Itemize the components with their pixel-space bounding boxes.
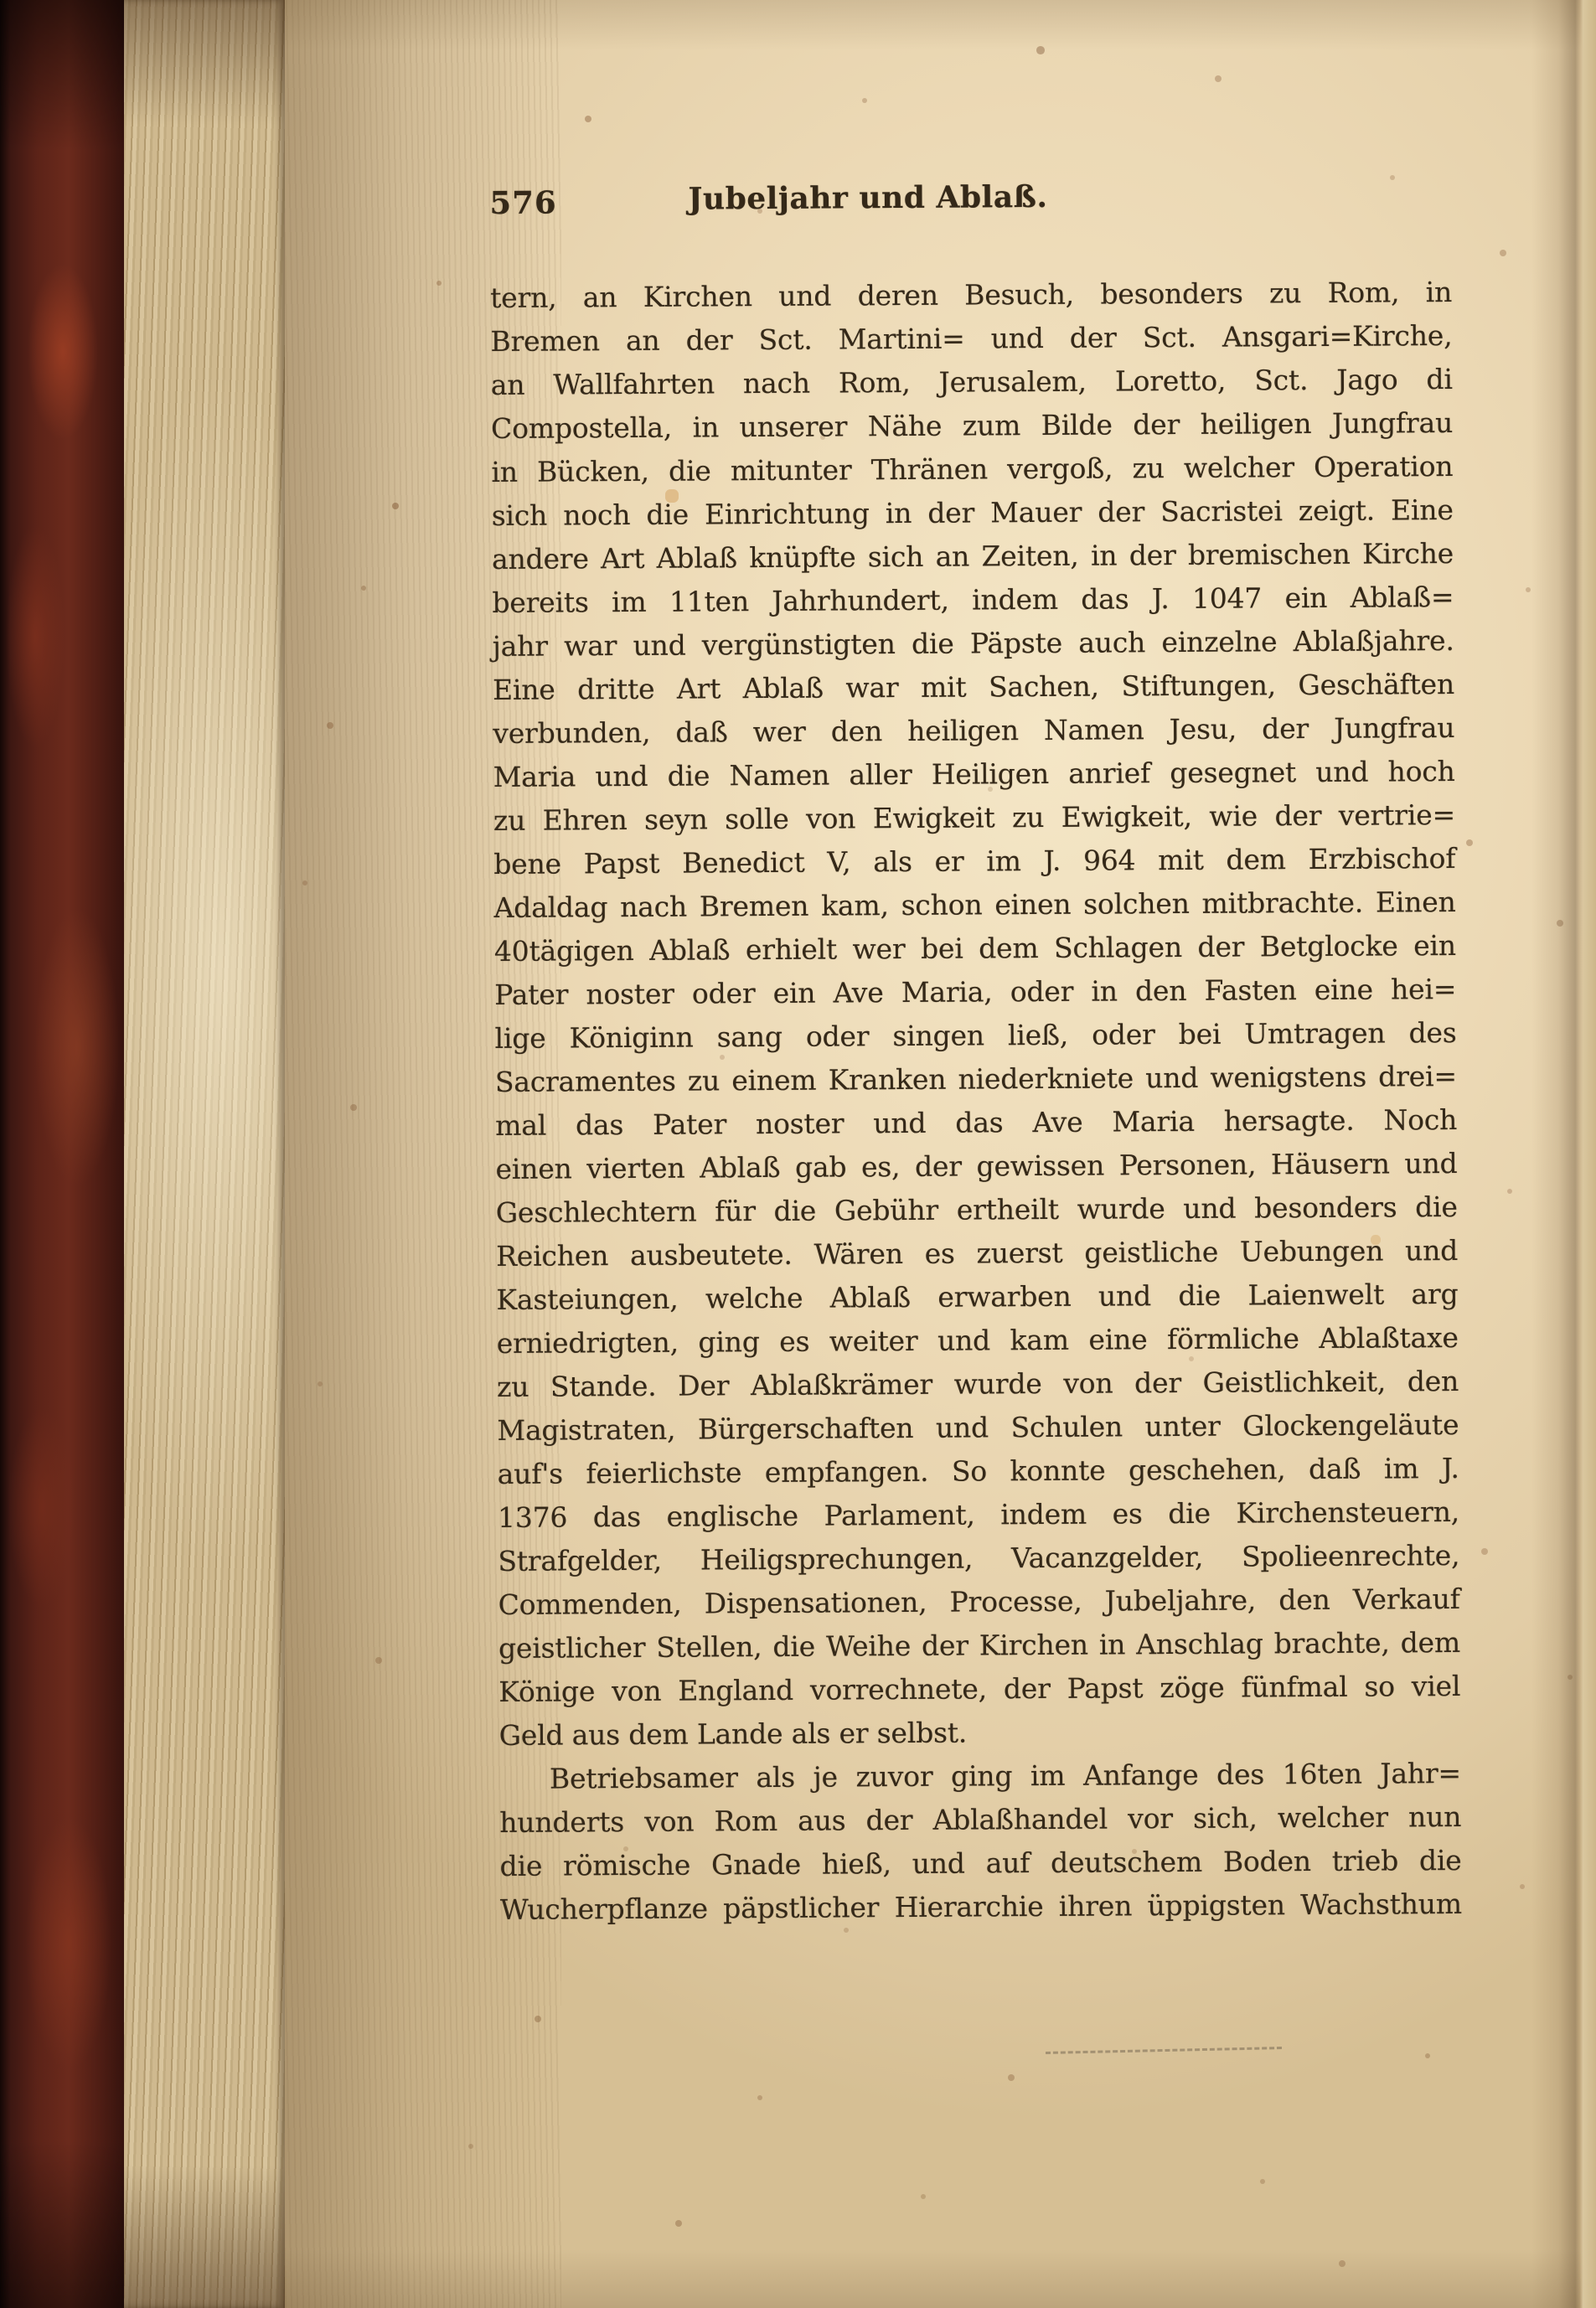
text-line: an Wallfahrten nach Rom, Jerusalem, Lore… bbox=[491, 358, 1453, 407]
text-line: erniedrigten, ging es weiter und kam ein… bbox=[497, 1316, 1459, 1366]
text-line: Bremen an der Sct. Martini= und der Sct.… bbox=[490, 314, 1452, 364]
text-line: auf's feierlichste empfangen. So konnte … bbox=[498, 1447, 1459, 1496]
text-line: bene Papst Benedict V, als er im J. 964 … bbox=[493, 837, 1455, 886]
text-line: Geld aus dem Lande als er selbst. bbox=[498, 1708, 1460, 1758]
printed-content: 576 Jubeljahr und Ablaß. tern, an Kirche… bbox=[0, 0, 1596, 2308]
text-block: tern, an Kirchen und deren Besuch, beson… bbox=[490, 271, 1462, 1932]
text-line: Wucherpflanze päpstlicher Hierarchie ihr… bbox=[500, 1882, 1462, 1932]
text-line: 40tägigen Ablaß erhielt wer bei dem Schl… bbox=[494, 924, 1456, 973]
text-line: Könige von England vorrechnete, der Paps… bbox=[498, 1665, 1460, 1714]
page-number: 576 bbox=[489, 184, 557, 221]
text-line: Compostella, in unserer Nähe zum Bilde d… bbox=[491, 401, 1453, 451]
text-line: sich noch die Einrichtung in der Mauer d… bbox=[492, 488, 1454, 538]
running-header-title: Jubeljahr und Ablaß. bbox=[688, 179, 1047, 217]
text-line: in Bücken, die mitunter Thränen vergoß, … bbox=[491, 445, 1453, 494]
text-line: zu Stande. Der Ablaßkrämer wurde von der… bbox=[497, 1360, 1459, 1409]
text-line: Geschlechtern für die Gebühr ertheilt wu… bbox=[496, 1185, 1458, 1235]
text-line: andere Art Ablaß knüpfte sich an Zeiten,… bbox=[492, 532, 1454, 581]
text-line: 1376 das englische Parlament, indem es d… bbox=[498, 1490, 1459, 1540]
text-line: Magistraten, Bürgerschaften und Schulen … bbox=[497, 1403, 1459, 1453]
text-line: Sacramentes zu einem Kranken niederkniet… bbox=[495, 1055, 1457, 1104]
text-line: einen vierten Ablaß gab es, der gewissen… bbox=[495, 1142, 1457, 1191]
text-line: Reichen ausbeutete. Wären es zuerst geis… bbox=[496, 1229, 1458, 1278]
text-line: Eine dritte Art Ablaß war mit Sachen, St… bbox=[493, 663, 1454, 712]
text-line: jahr war und vergünstigten die Päpste au… bbox=[493, 619, 1454, 669]
text-line: verbunden, daß wer den heiligen Namen Je… bbox=[493, 706, 1454, 756]
text-line: mal das Pater noster und das Ave Maria h… bbox=[495, 1098, 1457, 1148]
text-line: tern, an Kirchen und deren Besuch, beson… bbox=[490, 271, 1452, 320]
text-line: lige Königinn sang oder singen ließ, ode… bbox=[494, 1011, 1456, 1061]
text-line: Kasteiungen, welche Ablaß erwarben und d… bbox=[496, 1273, 1458, 1322]
text-line: die römische Gnade hieß, und auf deutsch… bbox=[499, 1839, 1461, 1888]
text-line: Commenden, Dispensationen, Processe, Jub… bbox=[498, 1577, 1460, 1627]
text-line: geistlicher Stellen, die Weihe der Kirch… bbox=[498, 1621, 1460, 1670]
book-scan: 576 Jubeljahr und Ablaß. tern, an Kirche… bbox=[0, 0, 1596, 2308]
text-line: Adaldag nach Bremen kam, schon einen sol… bbox=[493, 880, 1455, 930]
text-line: Strafgelder, Heiligsprechungen, Vacanzge… bbox=[498, 1534, 1459, 1583]
text-line: hunderts von Rom aus der Ablaßhandel vor… bbox=[499, 1795, 1461, 1845]
text-line: Maria und die Namen aller Heiligen anrie… bbox=[493, 750, 1454, 799]
text-line: bereits im 11ten Jahrhundert, indem das … bbox=[492, 576, 1454, 625]
text-line: Pater noster oder ein Ave Maria, oder in… bbox=[494, 968, 1456, 1017]
text-line: Betriebsamer als je zuvor ging im Anfang… bbox=[499, 1752, 1461, 1801]
text-line: zu Ehren seyn solle von Ewigkeit zu Ewig… bbox=[493, 793, 1455, 843]
